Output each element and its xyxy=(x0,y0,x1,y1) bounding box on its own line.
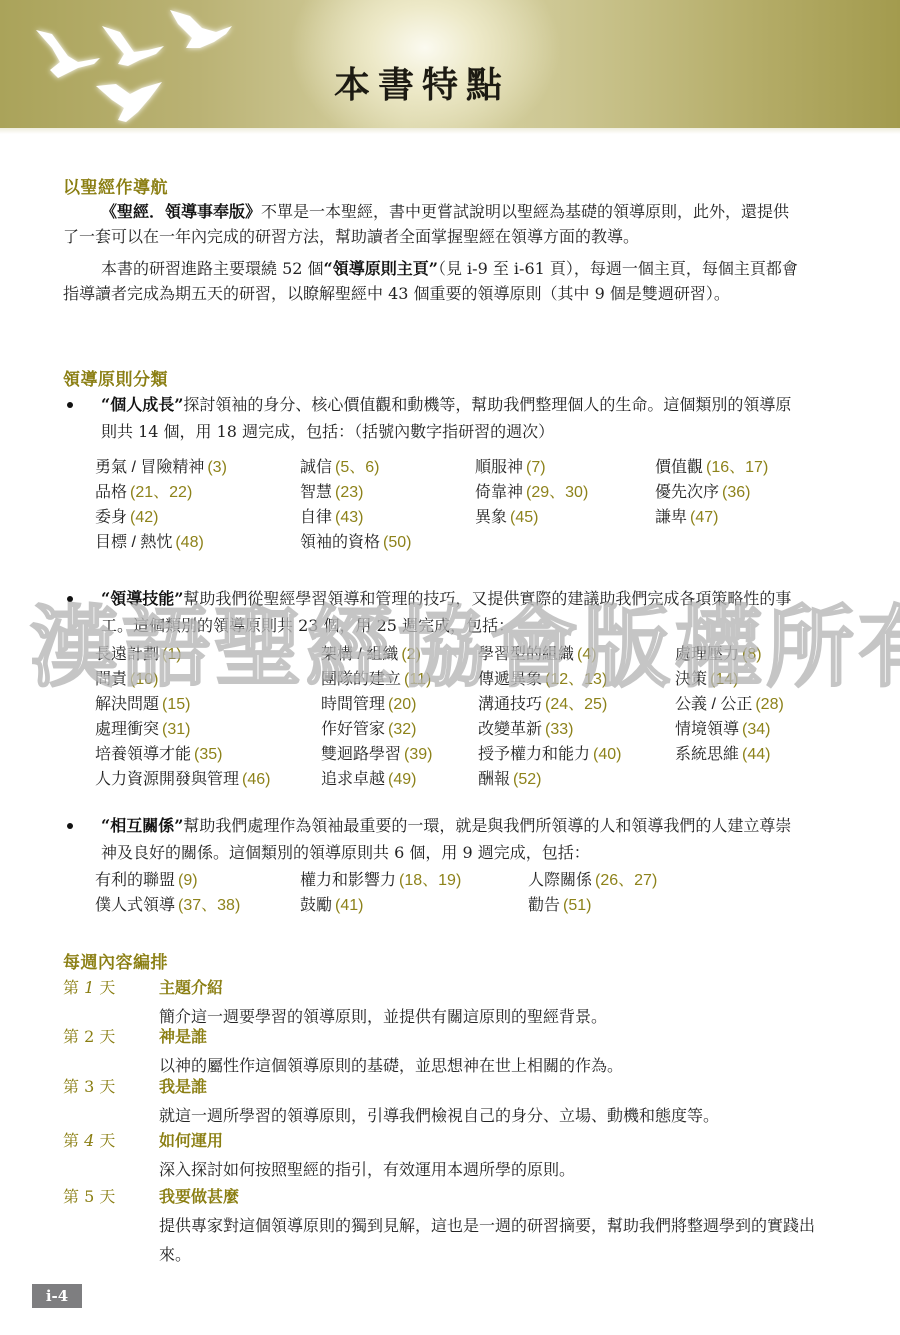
intro-paragraph-1: 《聖經．領導事奉版》不單是一本聖經，書中更嘗試說明以聖經為基礎的領導原則，此外，… xyxy=(63,199,803,249)
day-label: 第 5 天 xyxy=(63,1184,115,1207)
day-label: 第 3 天 xyxy=(63,1074,115,1097)
list-item: 處理壓力(8) xyxy=(675,643,762,668)
day-label: 第 4 天 xyxy=(63,1128,115,1151)
list-item: 問責(10) xyxy=(95,668,158,693)
list-item: 決策(14) xyxy=(675,668,738,693)
list-item: 倚靠神(29、30) xyxy=(475,481,588,506)
list-item: 異象(45) xyxy=(475,506,538,531)
list-item: 鼓勵(41) xyxy=(300,894,363,919)
day-description: 就這一週所學習的領導原則，引導我們檢視自己的身分、立場、動機和態度等。 xyxy=(159,1101,819,1130)
list-item: 價值觀(16、17) xyxy=(655,456,768,481)
list-item: 傳遞異象(12、13) xyxy=(478,668,607,693)
list-item: 順服神(7) xyxy=(475,456,546,481)
list-item: 授予權力和能力(40) xyxy=(478,743,621,768)
list-item: 團隊的建立(11) xyxy=(321,668,431,693)
section-title-categories: 領導原則分類 xyxy=(63,365,168,390)
list-item: 解決問題(15) xyxy=(95,693,190,718)
list-item: 情境領導(34) xyxy=(675,718,770,743)
list-item: 處理衝突(31) xyxy=(95,718,190,743)
list-item: 人際關係(26、27) xyxy=(528,869,657,894)
list-item: 追求卓越(49) xyxy=(321,768,416,793)
category-name: “領導技能” xyxy=(101,589,183,608)
list-item: 公義 / 公正(28) xyxy=(675,693,784,718)
day-title: 我是誰 xyxy=(159,1074,207,1097)
list-item: 長遠計劃(1) xyxy=(95,643,182,668)
category-name: “個人成長” xyxy=(101,395,183,414)
list-item: 勇氣 / 冒險精神(3) xyxy=(95,456,227,481)
section-title-navigation: 以聖經作導航 xyxy=(63,173,168,198)
list-item: 誠信(5、6) xyxy=(300,456,379,481)
list-item: 目標 / 熱忱(48) xyxy=(95,531,204,556)
list-item: 智慧(23) xyxy=(300,481,363,506)
page-title: 本書特點 xyxy=(334,62,534,110)
day-description: 深入探討如何按照聖經的指引，有效運用本週所學的原則。 xyxy=(159,1155,819,1184)
category-personal-growth: “個人成長”探討領袖的身分、核心價值觀和動機等，幫助我們整理個人的生命。這個類別… xyxy=(63,391,803,445)
flying-geese-icon xyxy=(20,4,250,130)
day-description: 提供專家對這個領導原則的獨到見解，這也是一週的研習摘要，幫助我們將整週學到的實踐… xyxy=(159,1211,819,1269)
day-title: 神是誰 xyxy=(159,1024,207,1047)
book-title: 《聖經．領導事奉版》 xyxy=(101,202,261,221)
day-description: 簡介這一週要學習的領導原則，並提供有關這原則的聖經背景。 xyxy=(159,1002,819,1031)
list-item: 僕人式領導(37、38) xyxy=(95,894,240,919)
category-description: 幫助我們從聖經學習領導和管理的技巧，又提供實際的建議助我們完成各項策略性的事工。… xyxy=(101,589,791,635)
principle-pages-label: “領導原則主頁” xyxy=(324,259,438,278)
day-title: 我要做甚麼 xyxy=(159,1184,239,1207)
category-relationships: “相互關係”幫助我們處理作為領袖最重要的一環，就是與我們所領導的人和領導我們的人… xyxy=(63,812,803,866)
category-name: “相互關係” xyxy=(101,816,183,835)
day-title: 如何運用 xyxy=(159,1128,223,1151)
category-leadership-skills: “領導技能”幫助我們從聖經學習領導和管理的技巧，又提供實際的建議助我們完成各項策… xyxy=(63,585,803,639)
day-title: 主題介紹 xyxy=(159,975,223,998)
list-item: 改變革新(33) xyxy=(478,718,573,743)
list-item: 自律(43) xyxy=(300,506,363,531)
list-item: 時間管理(20) xyxy=(321,693,416,718)
bullet-icon xyxy=(67,823,73,829)
list-item: 人力資源開發與管理(46) xyxy=(95,768,270,793)
header-banner: 本書特點 xyxy=(0,0,900,128)
list-item: 溝通技巧(24、25) xyxy=(478,693,607,718)
page-number-badge: i-4 xyxy=(32,1284,82,1308)
list-item: 酬報(52) xyxy=(478,768,541,793)
list-item: 品格(21、22) xyxy=(95,481,192,506)
list-item: 培養領導才能(35) xyxy=(95,743,222,768)
list-item: 雙迴路學習(39) xyxy=(321,743,432,768)
day-label: 第 1 天 xyxy=(63,975,115,998)
list-item: 有利的聯盟(9) xyxy=(95,869,198,894)
list-item: 領袖的資格(50) xyxy=(300,531,411,556)
intro-paragraph-2: 本書的研習進路主要環繞 52 個“領導原則主頁”（見 i-9 至 i-61 頁）… xyxy=(63,256,803,306)
bullet-icon xyxy=(67,596,73,602)
section-title-weekly-schedule: 每週內容編排 xyxy=(63,948,168,973)
bullet-icon xyxy=(67,402,73,408)
list-item: 架構 / 組織(2) xyxy=(321,643,421,668)
list-item: 作好管家(32) xyxy=(321,718,416,743)
category-description: 探討領袖的身分、核心價值觀和動機等，幫助我們整理個人的生命。這個類別的領導原則共… xyxy=(101,395,791,441)
list-item: 委身(42) xyxy=(95,506,158,531)
category-description: 幫助我們處理作為領袖最重要的一環，就是與我們所領導的人和領導我們的人建立尊崇神及… xyxy=(101,816,791,862)
list-item: 權力和影響力(18、19) xyxy=(300,869,461,894)
banner-divider xyxy=(0,128,900,134)
day-label: 第 2 天 xyxy=(63,1024,115,1047)
list-item: 勸告(51) xyxy=(528,894,591,919)
list-item: 謙卑(47) xyxy=(655,506,718,531)
list-item: 學習型的組織(4) xyxy=(478,643,597,668)
day-description: 以神的屬性作這個領導原則的基礎，並思想神在世上相關的作為。 xyxy=(159,1051,819,1080)
list-item: 優先次序(36) xyxy=(655,481,750,506)
list-item: 系統思維(44) xyxy=(675,743,770,768)
